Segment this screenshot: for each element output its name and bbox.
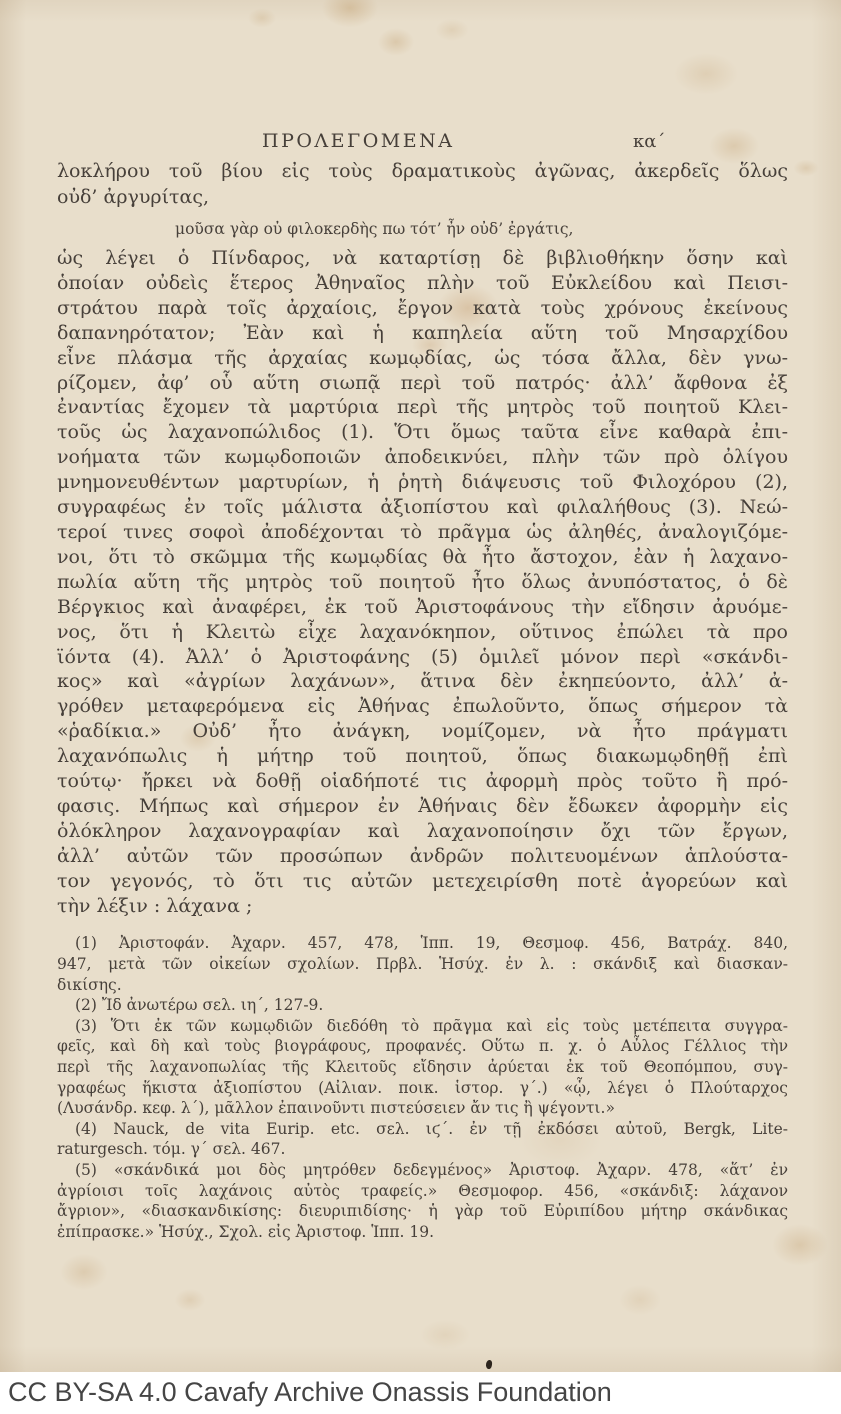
text-line: 947, μετὰ τῶν οἰκείων σχολίων. Πρβλ. Ἡσύ…	[57, 954, 788, 975]
text-line: τεροί τινες σοφοὶ ἀποδέχονται τὸ πρᾶγμα …	[57, 520, 788, 545]
text-line: στράτου παρὰ τοῖς ἀρχαίοις, ἔργον κατὰ τ…	[57, 296, 788, 321]
text-line: ρίζομεν, ἀφ’ οὗ αὕτη σιωπᾷ περὶ τοῦ πατρ…	[57, 371, 788, 396]
main-paragraph: ὡς λέγει ὁ Πίνδαρος, νὰ καταρτίσῃ δὲ βιβ…	[57, 246, 788, 918]
text-line: νοι, ὅτι τὸ σκῶμμα τῆς κωμῳδίας θὰ ἦτο ἄ…	[57, 545, 788, 570]
text-line: Βέργκιος καὶ ἀναφέρει, ἐκ τοῦ Ἀριστοφάνο…	[57, 595, 788, 620]
text-line: (4) Nauck, de vita Eurip. etc. σελ. ιϛ΄.…	[57, 1119, 788, 1140]
text-line: κος» καὶ «ἀγρίων λαχάνων», ἅτινα δὲν ἐκη…	[57, 669, 788, 694]
license-text: CC BY-SA 4.0 Cavafy Archive Onassis Foun…	[0, 1372, 841, 1412]
verse-quote: μοῦσα γὰρ οὐ φιλοκερδὴς πω τότ’ ἦν οὐδ’ …	[57, 214, 788, 244]
text-line: γρόθεν μεταφερόμενα εἰς Ἀθήνας ἐπωλοῦντο…	[57, 694, 788, 719]
text-line: (5) «σκάνδικά μοι δὸς μητρόθεν δεδεγμένο…	[57, 1160, 788, 1181]
license-caption-bar: CC BY-SA 4.0 Cavafy Archive Onassis Foun…	[0, 1372, 841, 1414]
footnotes: (1) Ἀριστοφάν. Ἀχαρν. 457, 478, Ἱππ. 19,…	[57, 933, 788, 1242]
text-line: ὁλόκληρον λαχανογραφίαν καὶ λαχανοποίησι…	[57, 819, 788, 844]
text-line: οὐδ’ ἀργυρίτας,	[57, 184, 788, 210]
quote-line: μοῦσα γὰρ οὐ φιλοκερδὴς πω τότ’ ἦν οὐδ’ …	[57, 214, 788, 244]
ink-speck	[485, 1359, 493, 1369]
text-line: ἐπίπρασκε.» Ἡσύχ., Σχολ. εἰς Ἀριστοφ. Ἱπ…	[57, 1222, 788, 1243]
text-line: (1) Ἀριστοφάν. Ἀχαρν. 457, 478, Ἱππ. 19,…	[57, 933, 788, 954]
text-line: (2) Ἴδ ἀνωτέρω σελ. ιη΄, 127-9.	[57, 995, 788, 1016]
text-line: δαπανηρότατον; Ἐὰν καὶ ἡ καπηλεία αὕτη τ…	[57, 321, 788, 346]
text-line: ἀγρίοισι τοῖς λαχάνοις αὐτὸς τραφείς.» Θ…	[57, 1181, 788, 1202]
text-line: γραφέως ἥκιστα ἀξιοπίστου (Αἰλιαν. ποικ.…	[57, 1078, 788, 1099]
text-line: νος, ὅτι ἡ Κλειτὼ εἶχε λαχανόκηπον, οὕτι…	[57, 620, 788, 645]
text-line: ὡς λέγει ὁ Πίνδαρος, νὰ καταρτίσῃ δὲ βιβ…	[57, 246, 788, 271]
text-line: συγραφέως ἐν τοῖς μάλιστα ἀξιοπίστου καὶ…	[57, 495, 788, 520]
running-head: ΠΡΟΛΕΓΟΜΕΝΑ κα΄	[57, 130, 788, 154]
text-line: φεῖς, καὶ δὴ καὶ τοὺς βιογράφους, προφαν…	[57, 1036, 788, 1057]
text-line: «ῥαδίκια.» Οὐδ’ ἦτο ἀνάγκη, νομίζομεν, ν…	[57, 719, 788, 744]
text-line: ἄγριον», «διασκανδικίσης: διευριπιδίσης·…	[57, 1201, 788, 1222]
text-line: τον γεγονός, τὸ ὅτι τις αὐτῶν μετεχειρίσ…	[57, 869, 788, 894]
text-column: λοκλήρου τοῦ βίου εἰς τοὺς δραματικοὺς ἀ…	[57, 158, 788, 1242]
text-line: λαχανόπωλις ἡ μήτηρ τοῦ ποιητοῦ, ὅπως δι…	[57, 744, 788, 769]
text-line: εἶνε πλάσμα τῆς ἀρχαίας κωμῳδίας, ὡς τόσ…	[57, 346, 788, 371]
text-line: τούτῳ· ἤρκει νὰ δοθῇ οἱαδήποτέ τις ἀφορμ…	[57, 769, 788, 794]
text-line: τοῦς ὡς λαχανοπώλιδος (1). Ὅτι ὅμως ταῦτ…	[57, 420, 788, 445]
text-line: (3) Ὅτι ἐκ τῶν κωμῳδιῶν διεδόθη τὸ πρᾶγμ…	[57, 1016, 788, 1037]
text-line: (Λυσάνδρ. κεφ. λ΄), μᾶλλον ἐπαινοῦντι πι…	[57, 1098, 788, 1119]
opening-paragraph: λοκλήρου τοῦ βίου εἰς τοὺς δραματικοὺς ἀ…	[57, 158, 788, 210]
text-line: μνημονευθέντων μαρτυρίων, ἡ ῥητὴ διάψευσ…	[57, 470, 788, 495]
paper-scan: ΠΡΟΛΕΓΟΜΕΝΑ κα΄ λοκλήρου τοῦ βίου εἰς το…	[0, 0, 841, 1372]
text-line: ϊόντα (4). Ἀλλ’ ὁ Ἀριστοφάνης (5) ὁμιλεῖ…	[57, 645, 788, 670]
text-line: ἀλλ’ αὐτῶν τῶν προσώπων ἀνδρῶν πολιτευομ…	[57, 844, 788, 869]
text-line: νοήματα τῶν κωμῳδοποιῶν ἀποδεικνύει, πλὴ…	[57, 445, 788, 470]
text-line: φασις. Μήπως καὶ σήμερον ἐν Ἀθήναις δὲν …	[57, 794, 788, 819]
page-title: ΠΡΟΛΕΓΟΜΕΝΑ	[262, 130, 454, 152]
text-line: ἐναντίας ἔχομεν τὰ μαρτύρια περὶ τῆς μητ…	[57, 395, 788, 420]
text-line: πωλία αὕτη τῆς μητρὸς τοῦ ποιητοῦ ἦτο ὅλ…	[57, 570, 788, 595]
text-line: raturgesch. τόμ. γ΄ σελ. 467.	[57, 1139, 788, 1160]
text-line: λοκλήρου τοῦ βίου εἰς τοὺς δραματικοὺς ἀ…	[57, 158, 788, 184]
text-line: δικίσης.	[57, 975, 788, 996]
page-number: κα΄	[633, 131, 665, 152]
text-line: περὶ τῆς λαχανοπωλίας τῆς Κλειτοῦς εἴδησ…	[57, 1057, 788, 1078]
text-line: ὁποίαν οὐδεὶς ἕτερος Ἀθηναῖος πλὴν τοῦ Ε…	[57, 271, 788, 296]
text-line: τὴν λέξιν : λάχανα ;	[57, 894, 788, 919]
scanned-book-page: ΠΡΟΛΕΓΟΜΕΝΑ κα΄ λοκλήρου τοῦ βίου εἰς το…	[0, 0, 841, 1414]
